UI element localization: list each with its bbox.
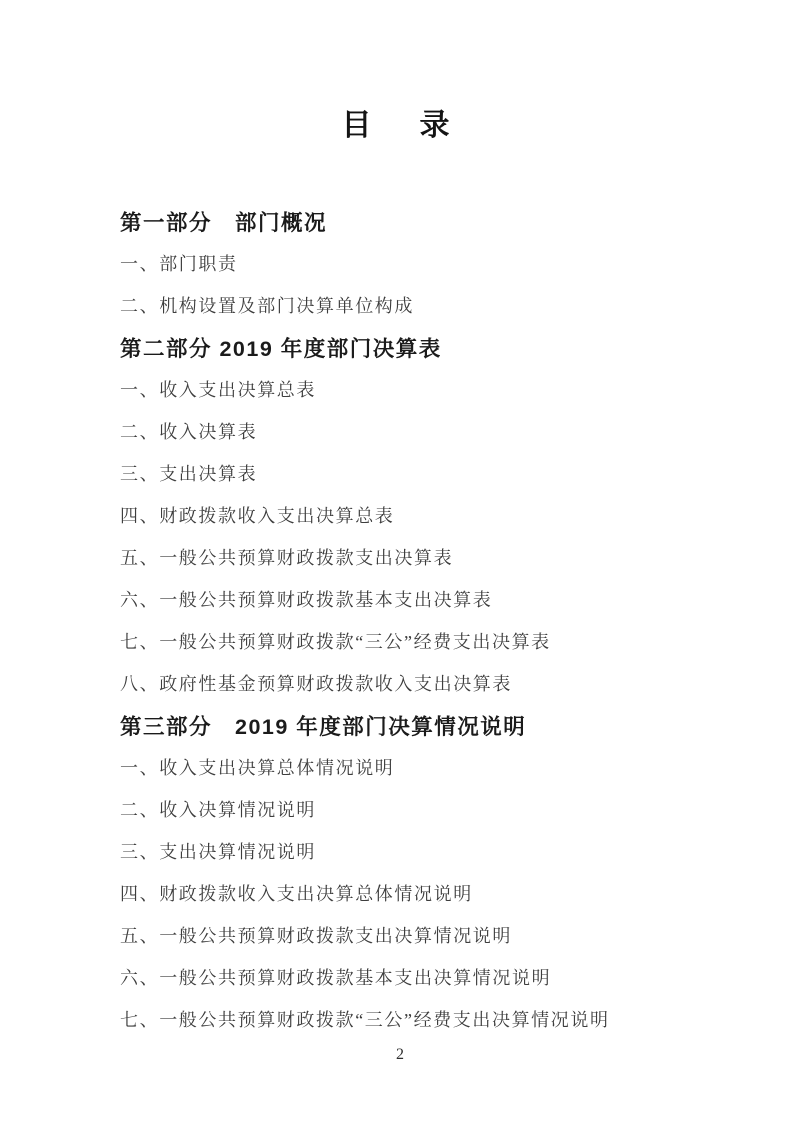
toc-entry: 二、机构设置及部门决算单位构成 [120, 284, 744, 326]
table-of-contents: 第一部分 部门概况 一、部门职责 二、机构设置及部门决算单位构成 第二部分 20… [120, 200, 744, 1040]
toc-entry: 六、一般公共预算财政拨款基本支出决算表 [120, 578, 744, 620]
document-title: 目 录 [0, 110, 800, 142]
toc-entry: 二、收入决算表 [120, 410, 744, 452]
toc-entry: 二、收入决算情况说明 [120, 788, 744, 830]
toc-entry: 四、财政拨款收入支出决算总体情况说明 [120, 872, 744, 914]
toc-entry: 四、财政拨款收入支出决算总表 [120, 494, 744, 536]
toc-entry: 六、一般公共预算财政拨款基本支出决算情况说明 [120, 956, 744, 998]
toc-section-heading: 第二部分 2019 年度部门决算表 [120, 326, 744, 368]
toc-entry: 八、政府性基金预算财政拨款收入支出决算表 [120, 662, 744, 704]
toc-entry: 五、一般公共预算财政拨款支出决算表 [120, 536, 744, 578]
document-page: 目 录 第一部分 部门概况 一、部门职责 二、机构设置及部门决算单位构成 第二部… [0, 0, 800, 1132]
toc-entry: 三、支出决算情况说明 [120, 830, 744, 872]
toc-entry: 三、支出决算表 [120, 452, 744, 494]
toc-entry: 七、一般公共预算财政拨款“三公”经费支出决算情况说明 [120, 998, 744, 1040]
page-number: 2 [0, 1046, 800, 1064]
toc-section-heading: 第三部分 2019 年度部门决算情况说明 [120, 704, 744, 746]
toc-entry: 一、收入支出决算总表 [120, 368, 744, 410]
toc-entry: 七、一般公共预算财政拨款“三公”经费支出决算表 [120, 620, 744, 662]
toc-section-heading: 第一部分 部门概况 [120, 200, 744, 242]
toc-entry: 五、一般公共预算财政拨款支出决算情况说明 [120, 914, 744, 956]
toc-entry: 一、收入支出决算总体情况说明 [120, 746, 744, 788]
toc-entry: 一、部门职责 [120, 242, 744, 284]
